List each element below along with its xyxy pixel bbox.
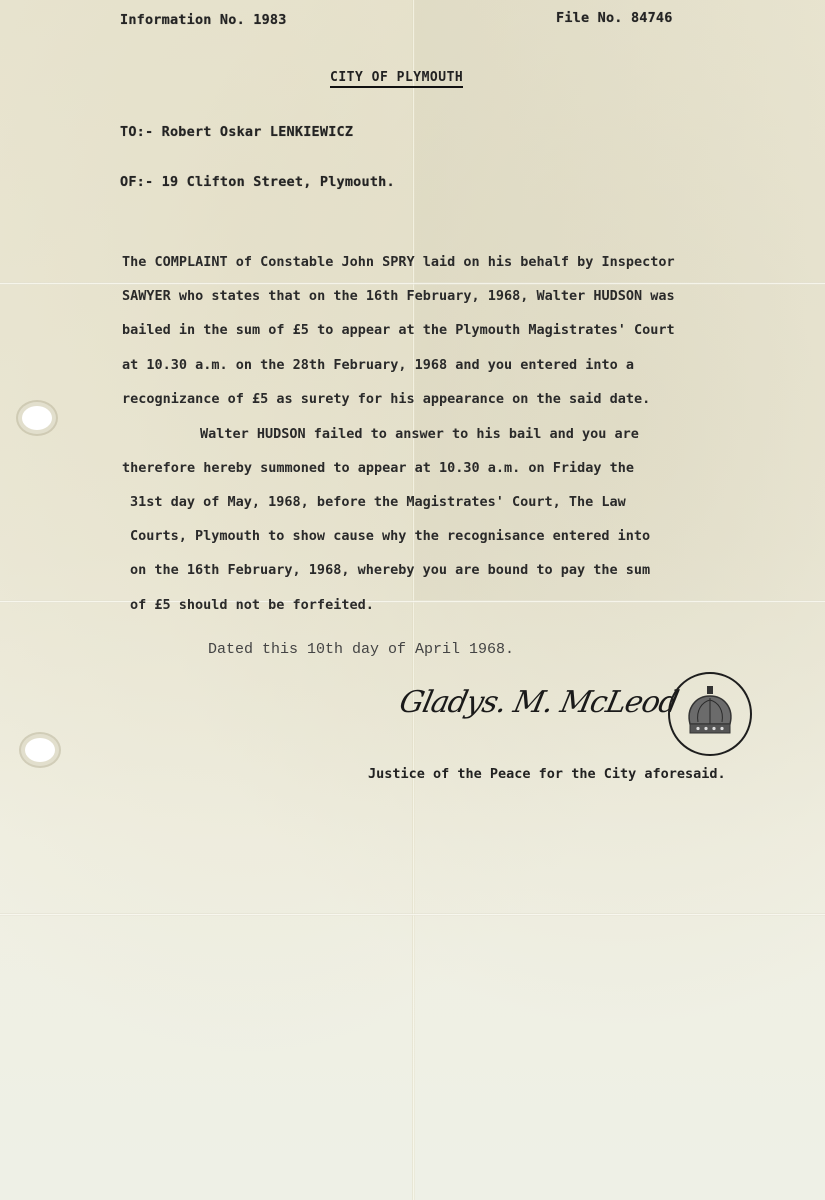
- crown-icon: [684, 684, 736, 740]
- date-line: Dated this 10th day of April 1968.: [208, 641, 514, 658]
- horizontal-fold: [0, 600, 825, 603]
- horizontal-fold: [0, 282, 825, 285]
- addressee-to: TO:- Robert Oskar LENKIEWICZ: [120, 124, 353, 140]
- file-number: File No. 84746: [556, 10, 673, 26]
- information-number: Information No. 1983: [120, 12, 287, 28]
- complaint-line: SAWYER who states that on the 16th Febru…: [122, 288, 675, 304]
- addressee-address: OF:- 19 Clifton Street, Plymouth.: [120, 174, 395, 190]
- complaint-line: The COMPLAINT of Constable John SPRY lai…: [122, 254, 675, 270]
- document-title: CITY OF PLYMOUTH: [330, 70, 463, 88]
- horizontal-fold: [0, 913, 825, 916]
- complaint-line: 31st day of May, 1968, before the Magist…: [130, 494, 626, 510]
- handwritten-signature: Gladys. M. McLeod: [396, 685, 681, 720]
- punch-hole: [22, 406, 52, 430]
- complaint-line: therefore hereby summoned to appear at 1…: [122, 460, 634, 476]
- complaint-line: Courts, Plymouth to show cause why the r…: [130, 528, 650, 544]
- signatory-title: Justice of the Peace for the City afores…: [368, 766, 726, 782]
- complaint-line: Walter HUDSON failed to answer to his ba…: [200, 426, 639, 442]
- complaint-line: recognizance of £5 as surety for his app…: [122, 391, 650, 407]
- complaint-line: on the 16th February, 1968, whereby you …: [130, 562, 650, 578]
- complaint-line: bailed in the sum of £5 to appear at the…: [122, 322, 675, 338]
- punch-hole: [25, 738, 55, 762]
- document-page: Information No. 1983 File No. 84746 CITY…: [0, 0, 825, 1200]
- complaint-line: of £5 should not be forfeited.: [130, 597, 374, 613]
- crown-seal-icon: [668, 672, 752, 756]
- complaint-line: at 10.30 a.m. on the 28th February, 1968…: [122, 357, 634, 373]
